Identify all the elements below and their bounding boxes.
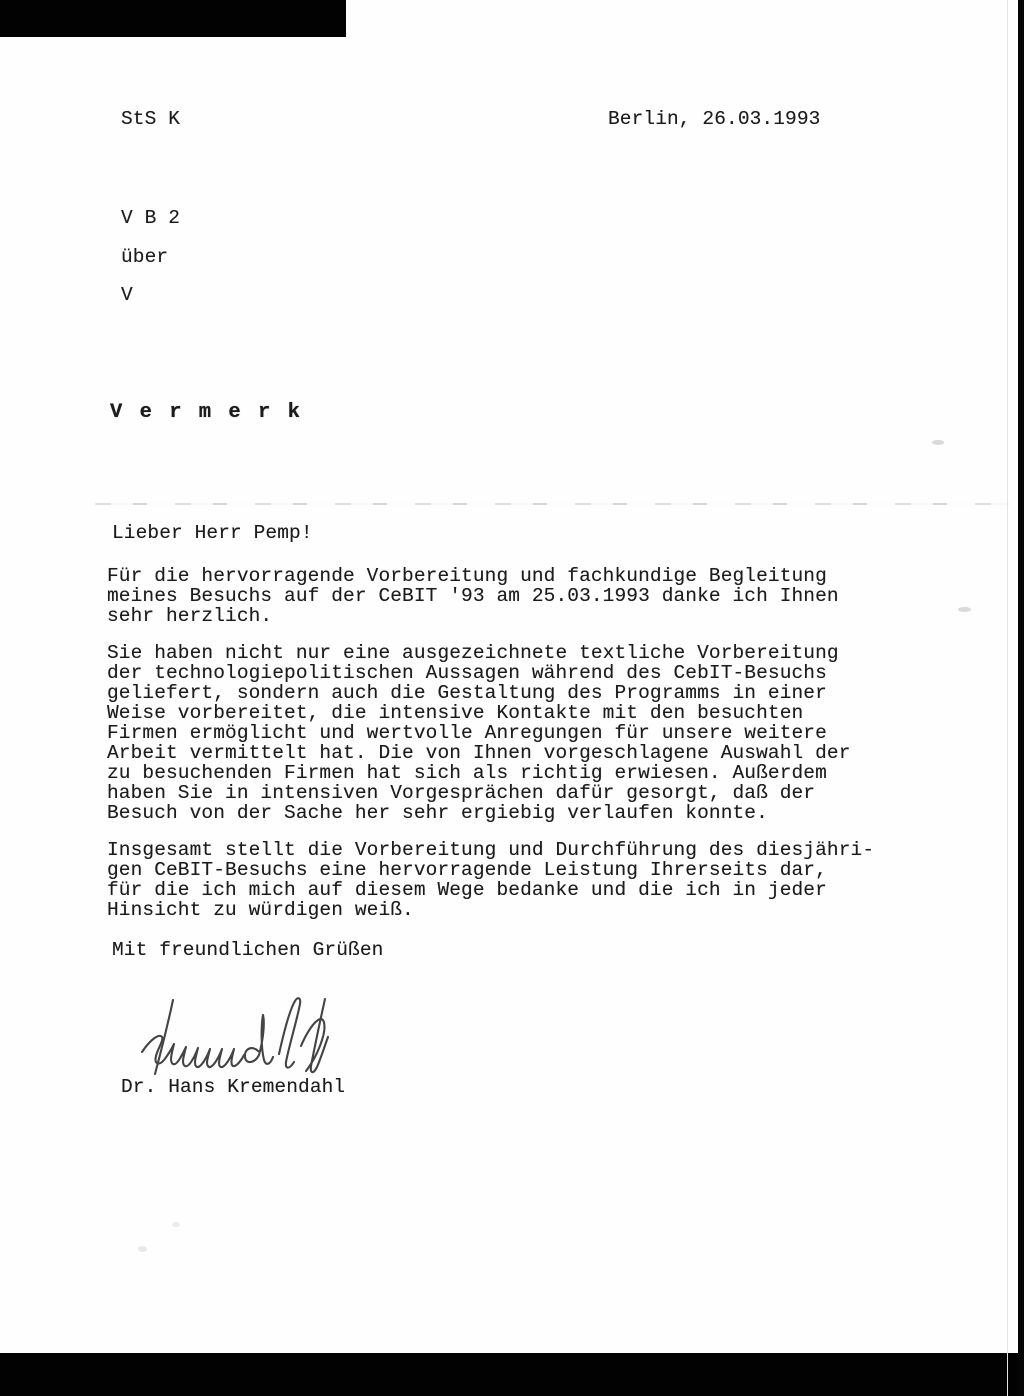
scanned-letter-page: StS K Berlin, 26.03.1993 V B 2 über V V … [0,0,1024,1396]
routing-line-ueber: über [121,247,168,267]
paragraph-2: Sie haben nicht nur eine ausgezeichnete … [107,643,851,823]
routing-line-vb2: V B 2 [121,208,180,228]
handwritten-signature [128,996,360,1080]
salutation: Lieber Herr Pemp! [112,523,313,543]
scan-artifact-dashed-line [95,503,1010,505]
scan-black-bar-top [0,0,346,37]
paragraph-1: Für die hervorragende Vorbereitung und f… [107,566,839,626]
scan-speck [172,1222,180,1227]
closing-phrase: Mit freundlichen Grüßen [112,940,383,960]
scan-black-bar-bottom [0,1353,1024,1396]
routing-line-v: V [121,285,133,305]
scan-black-edge-right [1018,0,1024,1396]
place-date-line: Berlin, 26.03.1993 [608,109,820,129]
scan-speck [958,607,971,612]
document-heading-vermerk: V e r m e r k [110,403,302,423]
signature-scrawl-icon [128,996,360,1080]
reference-code: StS K [121,109,180,129]
scan-edge-faint-line [1007,0,1008,1396]
signer-name: Dr. Hans Kremendahl [121,1077,345,1097]
scan-speck [932,440,944,445]
scan-speck [138,1246,147,1252]
paragraph-3: Insgesamt stellt die Vorbereitung und Du… [107,840,874,920]
